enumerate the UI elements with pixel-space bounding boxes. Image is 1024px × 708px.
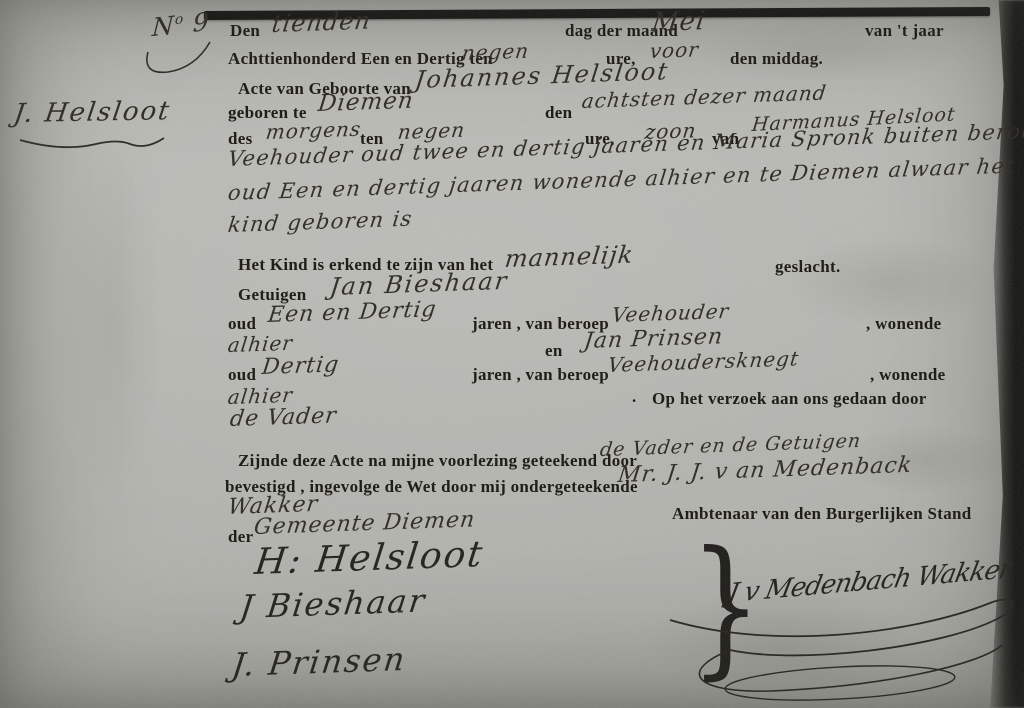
label-oud-w1: oud (228, 315, 256, 334)
label-wonende-w1: , wonende (866, 315, 941, 334)
act-number-ordinal: o (175, 11, 185, 28)
entry-witness1-occupation: Veehouder (611, 300, 731, 326)
label-oud-w2: oud (228, 366, 256, 385)
birth-certificate-scan: No 9 J. Helsloot Den tienden dag der maa… (0, 0, 1024, 708)
label-den: Den (230, 22, 260, 41)
signature-witness2: J. Prinsen (230, 642, 409, 683)
label-jaren-beroep-w2: jaren , van beroep (472, 366, 609, 385)
label-der: der (228, 528, 253, 547)
entry-month: Mei (650, 7, 707, 38)
label-den-middag: den middag. (730, 50, 823, 69)
entry-mother-details-tail: kind geboren is (227, 207, 414, 237)
label-verzoek: Op het verzoek aan ons gedaan door (652, 390, 927, 409)
entry-gender: mannelijk (503, 241, 635, 272)
margin-name-underline (18, 134, 168, 152)
signature-official-flourish (650, 595, 1024, 705)
label-en: en (545, 342, 563, 361)
entry-requested-by: de Vader (229, 404, 339, 432)
label-den-2: den (545, 104, 572, 123)
bleed-through-smudge (55, 140, 165, 500)
label-wonende-w2: , wonende (870, 366, 945, 385)
label-van-t-jaar: van 't jaar (865, 22, 944, 41)
label-period: . (632, 388, 637, 407)
label-geslacht: geslacht. (775, 258, 841, 277)
entry-witness2-age: Dertig (261, 353, 341, 380)
signature-father: H: Helsloot (253, 535, 487, 583)
entry-day-part: morgens (265, 118, 363, 143)
entry-witness1-name: Jan Bieshaar (328, 268, 510, 301)
entry-witness1-residence: alhier (227, 332, 295, 356)
margin-registered-name: J. Helsloot (12, 97, 173, 128)
label-closing-1: Zijnde deze Acte na mijne voorlezing get… (238, 452, 637, 471)
entry-day-of-month: tienden (270, 7, 372, 37)
entry-hour: negen (461, 40, 531, 64)
entry-birth-place: Diemen (316, 89, 415, 118)
entry-witness1-age: Een en Dertig (267, 298, 438, 328)
entry-witness2-occupation: Veehoudersknegt (607, 347, 801, 376)
act-number-flourish (140, 30, 220, 75)
signature-witness1: J Bieshaar (238, 583, 428, 625)
